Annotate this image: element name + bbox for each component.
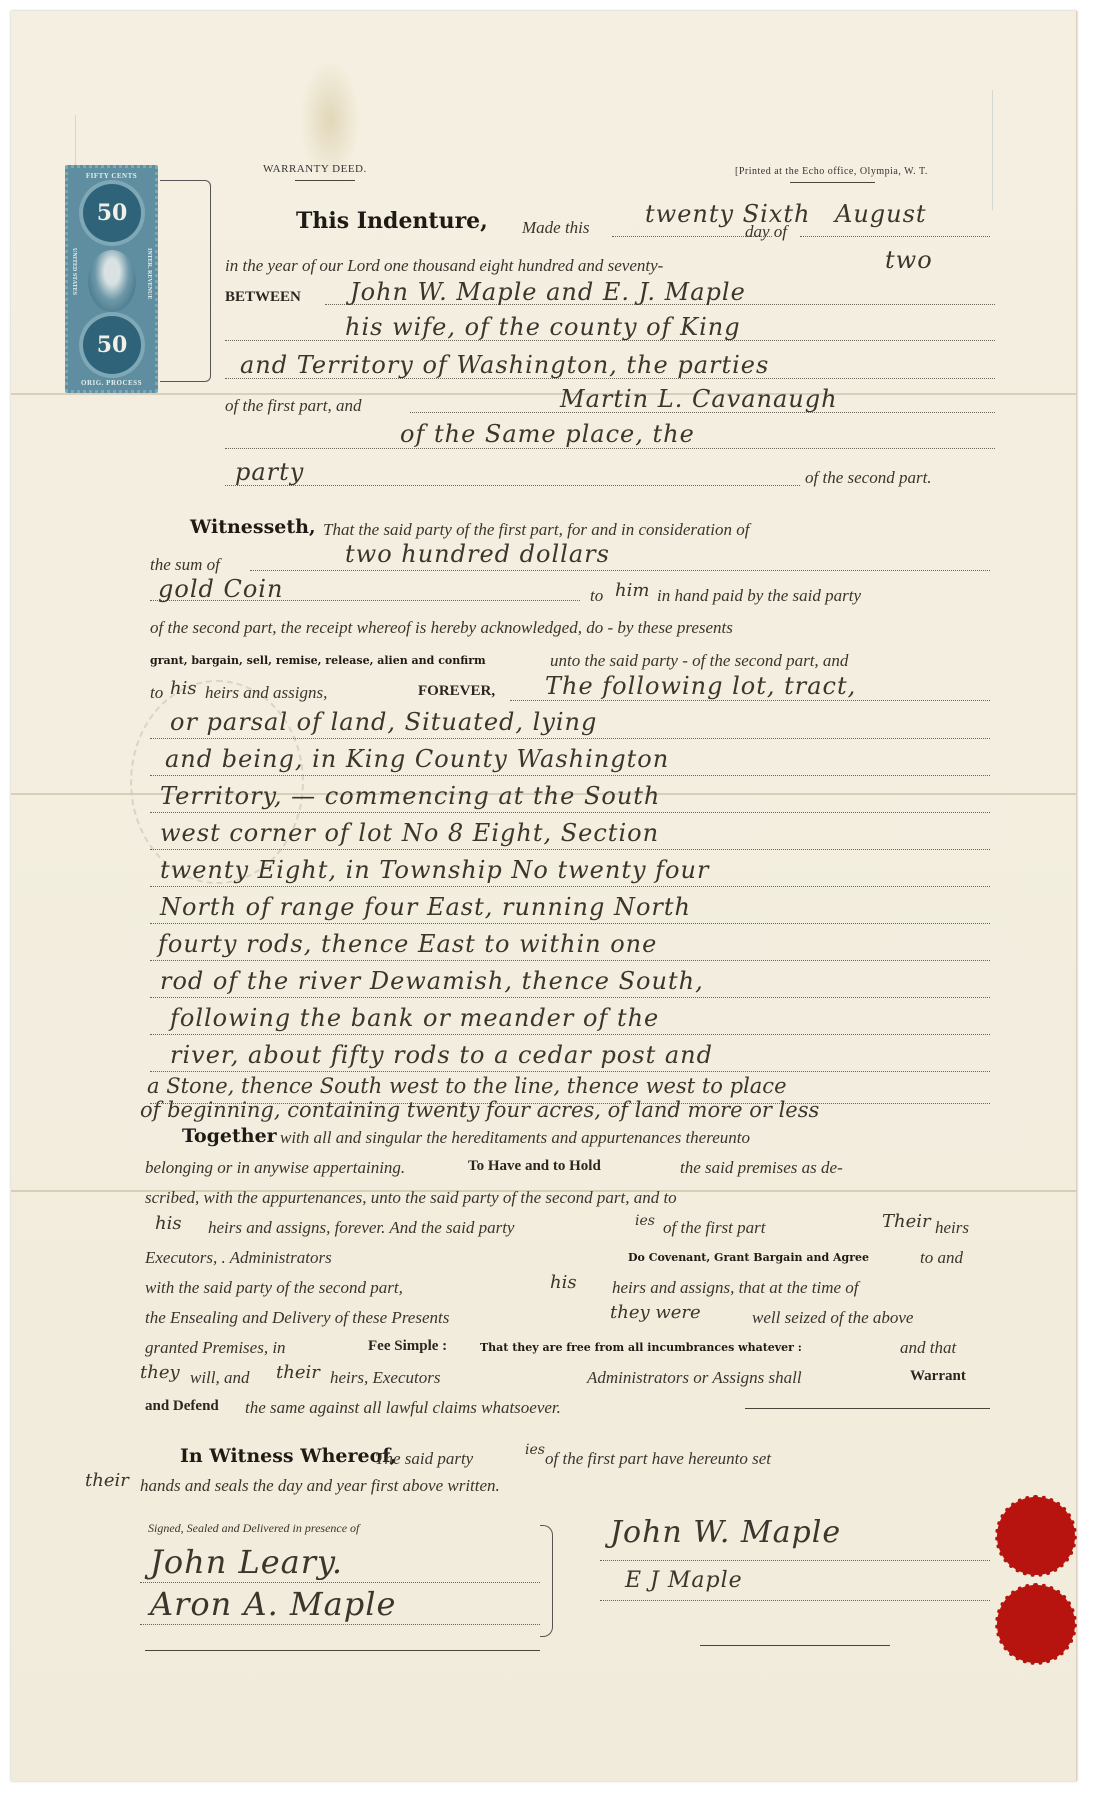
fill-line — [150, 812, 990, 813]
witnesseth-heading: Witnesseth, — [190, 516, 316, 538]
together-line-15: Administrators or Assigns shall — [587, 1368, 802, 1388]
description-line-13: of beginning, containing twenty four acr… — [140, 1098, 819, 1122]
fill-line — [150, 1071, 990, 1072]
together-heading: Together — [182, 1125, 277, 1147]
stamp-top-label: FIFTY CENTS — [68, 172, 155, 180]
together-heirs: heirs — [935, 1218, 969, 1238]
his-fill-1: his — [155, 1213, 182, 1234]
witnesseth-line-1: That the said party of the first part, f… — [323, 520, 749, 540]
description-line-8: fourty rods, thence East to within one — [158, 930, 657, 958]
witness-signature-1: John Leary. — [150, 1543, 343, 1581]
signature-brace — [540, 1525, 553, 1637]
to-label: to — [590, 586, 603, 606]
their-fill-1: Their — [882, 1211, 931, 1232]
second-part-label: of the second part. — [805, 468, 932, 488]
description-line-2: or parsal of land, Situated, lying — [170, 708, 597, 736]
grantor-signature-2: E J Maple — [625, 1568, 743, 1593]
description-line-1: The following lot, tract, — [545, 672, 856, 700]
first-part-label: of the first part, and — [225, 396, 361, 416]
together-line-14: heirs, Executors — [330, 1368, 440, 1388]
first-party-line-1: John W. Maple and E. J. Maple — [350, 278, 746, 306]
day-of-label: day of — [745, 222, 787, 242]
presence-label: Signed, Sealed and Delivered in presence… — [148, 1521, 359, 1536]
fill-line — [150, 738, 990, 739]
washington-portrait-icon — [88, 250, 136, 312]
signature-line — [140, 1624, 540, 1625]
defend-label: and Defend — [145, 1398, 219, 1415]
fill-line — [150, 886, 990, 887]
description-line-10: following the bank or meander of the — [170, 1004, 659, 1032]
in-witness-heading: In Witness Whereof, — [180, 1445, 397, 1467]
fill-line — [150, 997, 990, 998]
witnesseth-line-5: unto the said party - of the second part… — [550, 651, 848, 671]
together-line-16: the same against all lawful claims whats… — [245, 1398, 561, 1418]
end-rule — [745, 1408, 990, 1409]
second-party-line-3: party — [235, 458, 304, 486]
grantor-signature-1: John W. Maple — [610, 1515, 841, 1550]
fill-line — [150, 960, 990, 961]
in-witness-their-fill: their — [85, 1470, 129, 1491]
together-line-2: belonging or in anywise appertaining. — [145, 1158, 405, 1178]
together-line-12: granted Premises, in — [145, 1338, 286, 1358]
fee-simple: Fee Simple : — [368, 1338, 447, 1355]
fill-line — [150, 923, 990, 924]
together-and-that: and that — [900, 1338, 956, 1358]
witnesseth-line-6: heirs and assigns, — [205, 683, 327, 703]
month-fill: August — [835, 200, 927, 228]
fill-line — [150, 849, 990, 850]
in-witness-line-2: hands and seals the day and year first a… — [140, 1476, 500, 1496]
together-line-11: well seized of the above — [752, 1308, 913, 1328]
together-line-3: the said premises as de- — [680, 1158, 843, 1178]
to-label-2: to — [150, 683, 163, 703]
signature-line — [600, 1600, 990, 1601]
description-line-7: North of range four East, running North — [160, 893, 691, 921]
together-line-4: scribed, with the appurtenances, unto th… — [145, 1188, 677, 1208]
description-line-6: twenty Eight, in Township No twenty four — [160, 856, 709, 884]
free-clause: That they are free from all incumbrances… — [480, 1341, 802, 1354]
fill-line — [510, 700, 990, 701]
fill-line — [150, 1034, 990, 1035]
description-line-9: rod of the river Dewamish, thence South, — [160, 967, 704, 995]
sum-label: the sum of — [150, 555, 220, 575]
have-and-hold: To Have and to Hold — [468, 1158, 601, 1175]
stamp-value-top: 50 — [83, 184, 141, 242]
divider — [790, 182, 875, 183]
ornamental-bracket — [160, 180, 211, 382]
signature-line — [600, 1560, 990, 1561]
between-label: BETWEEN — [225, 289, 301, 306]
witness-end-rule — [145, 1650, 540, 1651]
together-line-1: with all and singular the hereditaments … — [280, 1128, 750, 1148]
wax-seal-2 — [1000, 1588, 1072, 1660]
in-witness-line-1-rest: of the first part have hereunto set — [545, 1449, 771, 1469]
signature-line — [140, 1582, 540, 1583]
first-party-line-3: and Territory of Washington, the parties — [240, 351, 769, 379]
stamp-value-bottom: 50 — [83, 316, 141, 374]
to-fill: him — [615, 580, 649, 601]
heirs-fill: his — [170, 678, 197, 699]
divider — [295, 180, 355, 181]
coin-fill: gold Coin — [158, 575, 283, 603]
second-party-line-2: of the Same place, the — [400, 420, 695, 448]
in-witness-ies-fill: ies — [525, 1442, 545, 1458]
description-line-4: Territory, — commencing at the South — [160, 782, 660, 810]
they-were-fill: they were — [610, 1302, 701, 1323]
form-title: WARRANTY DEED. — [263, 163, 367, 175]
together-to-and: to and — [920, 1248, 963, 1268]
stamp-bottom-label: ORIG. PROCESS — [68, 379, 155, 387]
bleed-line — [992, 90, 993, 210]
fill-line — [150, 775, 990, 776]
fill-line — [225, 448, 995, 449]
stamp-left-label: UNITED STATES — [71, 248, 77, 295]
fold-line — [11, 393, 1076, 395]
forever-label: FOREVER, — [418, 683, 495, 700]
fill-line — [800, 236, 990, 237]
indenture-heading: This Indenture, — [296, 208, 488, 234]
paper-stain — [300, 60, 360, 180]
fill-line — [225, 485, 800, 486]
witnesseth-line-3: in hand paid by the said party — [657, 586, 861, 606]
together-line-6: of the first part — [663, 1218, 765, 1238]
they-fill: they — [140, 1362, 180, 1383]
description-line-11: river, about fifty rods to a cedar post … — [170, 1041, 713, 1069]
description-line-12: a Stone, thence South west to the line, … — [147, 1074, 787, 1098]
together-line-9: heirs and assigns, that at the time of — [612, 1278, 859, 1298]
together-line-7: Executors, . Administrators — [145, 1248, 332, 1268]
first-party-line-2: his wife, of the county of King — [345, 313, 741, 341]
description-line-5: west corner of lot No 8 Eight, Section — [160, 819, 659, 847]
wax-seal-1 — [1000, 1500, 1072, 1572]
witness-signature-2: Aron A. Maple — [150, 1585, 396, 1623]
covenant-clause: Do Covenant, Grant Bargain and Agree — [628, 1251, 869, 1264]
his-fill-2: his — [550, 1272, 577, 1293]
in-witness-line-1: The said party — [375, 1449, 473, 1469]
second-party-line-1: Martin L. Cavanaugh — [560, 385, 838, 413]
warrant-label: Warrant — [910, 1368, 966, 1385]
revenue-stamp: FIFTY CENTS 50 UNITED STATES INTER. REVE… — [65, 165, 158, 393]
printer-note: [Printed at the Echo office, Olympia, W.… — [735, 166, 928, 177]
sum-fill: two hundred dollars — [345, 540, 610, 568]
together-line-13: will, and — [190, 1368, 250, 1388]
year-text: in the year of our Lord one thousand eig… — [225, 256, 663, 276]
witnesseth-line-4: of the second part, the receipt whereof … — [150, 618, 733, 638]
fill-line — [250, 570, 990, 571]
together-line-8: with the said party of the second part, — [145, 1278, 403, 1298]
made-this-label: Made this — [522, 218, 590, 238]
together-line-5: heirs and assigns, forever. And the said… — [208, 1218, 514, 1238]
stamp-right-label: INTER. REVENUE — [146, 248, 152, 299]
grantor-end-rule — [700, 1645, 890, 1646]
description-line-3: and being, in King County Washington — [165, 745, 669, 773]
year-fill: two — [885, 246, 933, 274]
grant-clause: grant, bargain, sell, remise, release, a… — [150, 654, 486, 667]
their-fill-2: their — [276, 1362, 320, 1383]
together-line-10: the Ensealing and Delivery of these Pres… — [145, 1308, 449, 1328]
ies-fill: ies — [635, 1213, 655, 1229]
